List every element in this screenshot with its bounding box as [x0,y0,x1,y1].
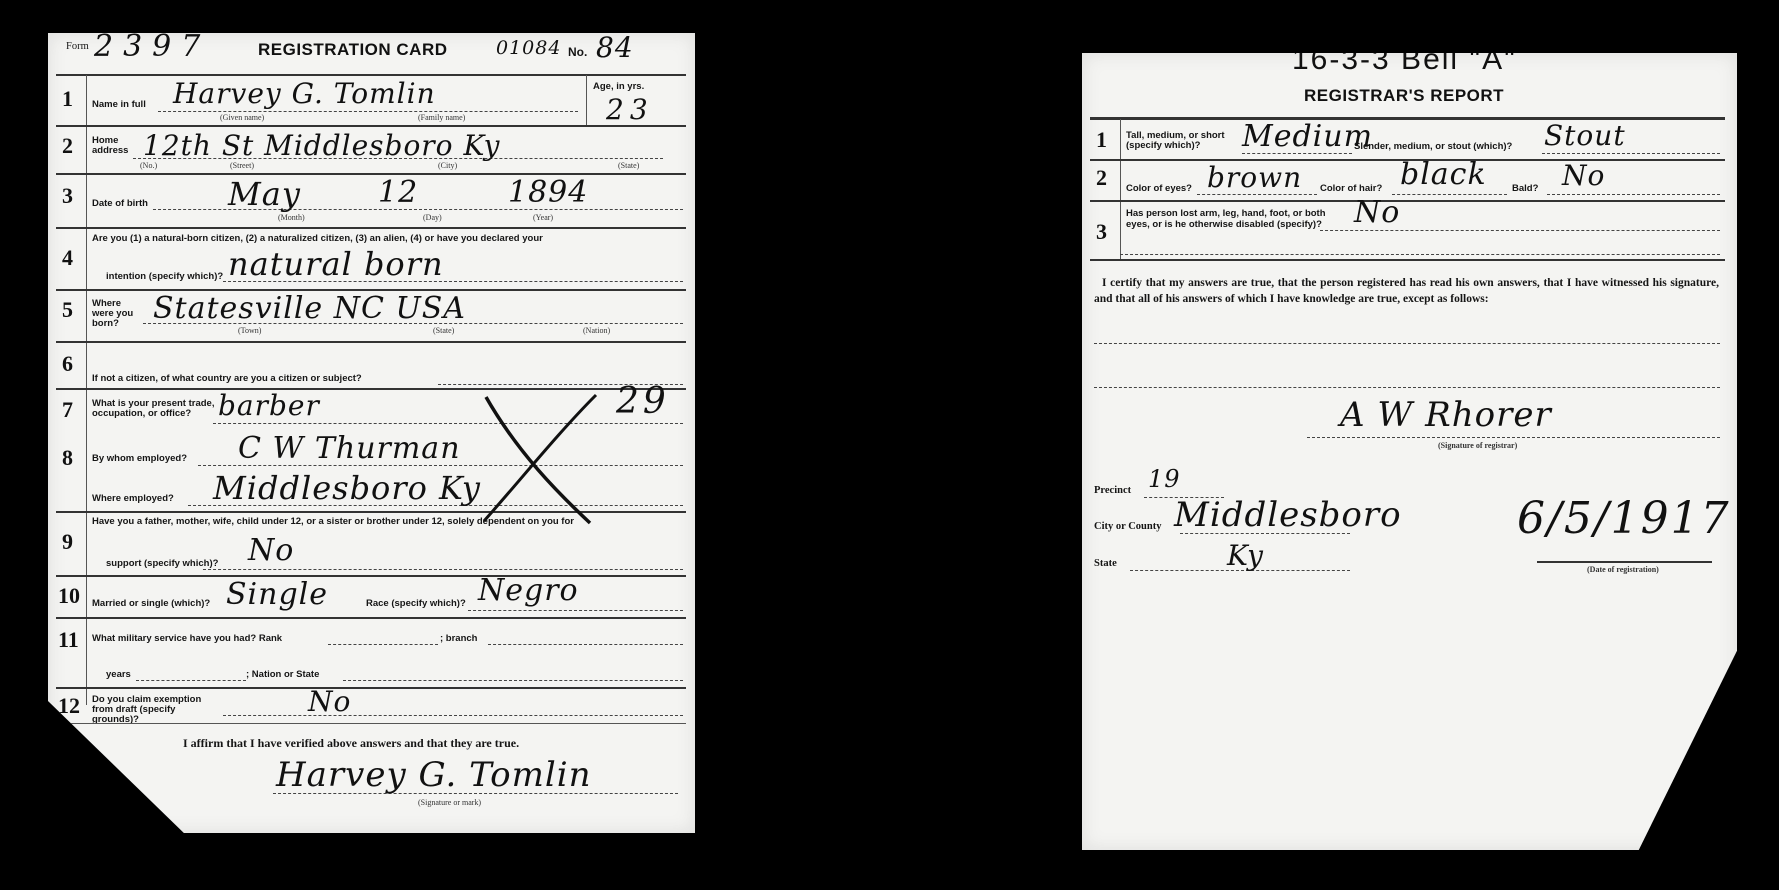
dotted-line [468,610,683,611]
signature-line [1307,437,1720,438]
age-label: Age, in yrs. [593,81,644,92]
registrant-signature: Harvey G. Tomlin [276,755,591,795]
bald-label: Bald? [1512,183,1538,194]
caption-state: (State) [618,161,639,170]
caption-month: (Month) [278,213,305,222]
dotted-line [1197,194,1317,195]
caption-town: (Town) [238,326,261,335]
caption-nation: (Nation) [583,326,610,335]
date-line [1537,561,1712,563]
row-number: 11 [58,627,79,653]
age-value: 23 [606,93,654,126]
race-value: Negro [478,573,579,608]
divider [56,74,686,76]
nation-label: ; Nation or State [246,669,319,680]
registrars-report: 16-3-3 Bell "A" REGISTRAR'S REPORT 1 Tal… [1082,53,1737,850]
divider [56,575,686,577]
registration-card-front: Form 2397 REGISTRATION CARD 01084 No. 84… [48,33,695,833]
divider [56,687,686,689]
height-label: Tall, medium, or short (specify which)? [1126,131,1244,151]
caption-family-name: (Family name) [418,113,465,122]
exemption-value: No [308,685,351,718]
report-title: REGISTRAR'S REPORT [1304,86,1504,106]
row-number: 12 [58,693,80,719]
divider [56,173,686,175]
caption-day: (Day) [423,213,442,222]
divider [56,723,686,724]
row-number: 4 [62,245,73,271]
city-value: Middlesboro [1174,495,1402,535]
divider [56,125,686,127]
card-title: REGISTRATION CARD [258,40,448,60]
row-number: 2 [62,133,73,159]
age-divider [586,75,587,125]
dotted-line [223,715,683,716]
city-label: City or County [1094,521,1161,532]
date-caption: (Date of registration) [1587,565,1659,574]
cross-out-mark [478,393,608,528]
form-label: Form [66,41,89,52]
dotted-line [213,423,683,424]
row-number: 10 [58,583,80,609]
divider [56,617,686,619]
row-number: 1 [1096,127,1107,153]
caption-state: (State) [433,326,454,335]
citizen-of-label: If not a citizen, of what country are yo… [92,373,362,384]
dotted-line [1120,254,1720,255]
citizenship-question: Are you (1) a natural-born citizen, (2) … [92,233,543,244]
serial-number: 01084 [496,37,561,59]
branch-label: ; branch [440,633,477,644]
column-divider [86,75,87,705]
signature-caption: (Signature or mark) [418,798,481,807]
divider [56,341,686,343]
dotted-line [203,569,683,570]
build-value: Stout [1544,119,1626,152]
row-number: 1 [62,86,73,112]
dotted-line [488,644,683,645]
divider [1090,117,1725,120]
bald-value: No [1562,159,1605,192]
caption-street: (Street) [230,161,254,170]
caption-year: (Year) [533,213,553,222]
registration-date: 6/5/1917 [1517,493,1731,544]
affirmation-text: I affirm that I have verified above answ… [183,736,519,751]
no-label: No. [568,45,587,59]
dotted-line [1547,194,1720,195]
exemption-label: Do you claim exemption from draft (speci… [92,695,222,725]
dob-day: 12 [378,175,418,210]
caption-no: (No.) [140,161,157,170]
column-divider [1120,119,1121,259]
row-number: 7 [62,397,73,423]
row-number: 6 [62,351,73,377]
registrar-caption: (Signature of registrar) [1438,441,1517,450]
margin-note: 29 [616,381,670,422]
dob-month: May [228,175,301,213]
employment-place-label: Where employed? [92,493,174,504]
dob-year: 1894 [508,175,588,210]
row-number: 3 [62,183,73,209]
address-label: Home address [92,136,132,156]
citizenship-value: natural born [228,245,444,283]
state-label: State [1094,558,1117,569]
row-number: 9 [62,529,73,555]
row-number: 8 [62,445,73,471]
citizenship-label: intention (specify which)? [106,271,223,282]
row-number: 5 [62,297,73,323]
occupation-value: barber [218,389,320,422]
birthplace-label: Where were you born? [92,299,142,329]
marital-label: Married or single (which)? [92,598,210,609]
years-label: years [106,669,131,680]
employer-value: C W Thurman [238,431,461,466]
military-label: What military service have you had? Rank [92,633,282,644]
marital-value: Single [226,577,328,612]
registrar-signature: A W Rhorer [1340,395,1552,435]
precinct-label: Precinct [1094,485,1131,496]
disability-label: Has person lost arm, leg, hand, foot, or… [1126,208,1346,230]
hair-color-label: Color of hair? [1320,183,1382,194]
occupation-label: What is your present trade, occupation, … [92,399,217,419]
race-label: Race (specify which)? [366,598,466,609]
dotted-line [1094,387,1720,388]
birthplace-value: Statesville NC USA [153,291,466,326]
dotted-line [1392,194,1507,195]
caption-city: (City) [438,161,457,170]
divider [56,388,686,390]
build-label: Slender, medium, or stout (which)? [1354,141,1512,152]
state-value: Ky [1227,539,1264,572]
name-label: Name in full [92,99,146,110]
eye-color-label: Color of eyes? [1126,183,1192,194]
dotted-line [328,644,438,645]
dob-label: Date of birth [92,198,148,209]
address-value: 12th St Middlesboro Ky [143,129,500,162]
divider [56,227,686,229]
employer-label: By whom employed? [92,453,187,464]
dotted-line [1542,153,1720,154]
dependents-label: support (specify which)? [106,558,218,569]
divider [1090,200,1725,202]
dotted-line [1320,230,1720,231]
caption-given-name: (Given name) [220,113,264,122]
eye-color-value: brown [1207,161,1302,194]
dotted-line [136,680,246,681]
row-number: 3 [1096,219,1107,245]
registration-no: 84 [596,31,634,64]
form-number: 2397 [94,29,210,64]
row-number: 2 [1096,165,1107,191]
disability-value: No [1354,195,1400,230]
dotted-line [343,680,683,681]
dotted-line [1094,343,1720,344]
dependents-question: Have you a father, mother, wife, child u… [92,516,574,527]
dotted-line [158,111,578,112]
hair-color-value: black [1400,157,1487,192]
precinct-value: 19 [1148,465,1181,493]
certification-text: I certify that my answers are true, that… [1094,275,1719,307]
employment-place-value: Middlesboro Ky [213,469,481,507]
name-value: Harvey G. Tomlin [173,77,436,110]
dependents-value: No [248,533,294,568]
divider [1090,259,1725,261]
stamp-text: 16-3-3 Bell "A" [1292,43,1517,77]
